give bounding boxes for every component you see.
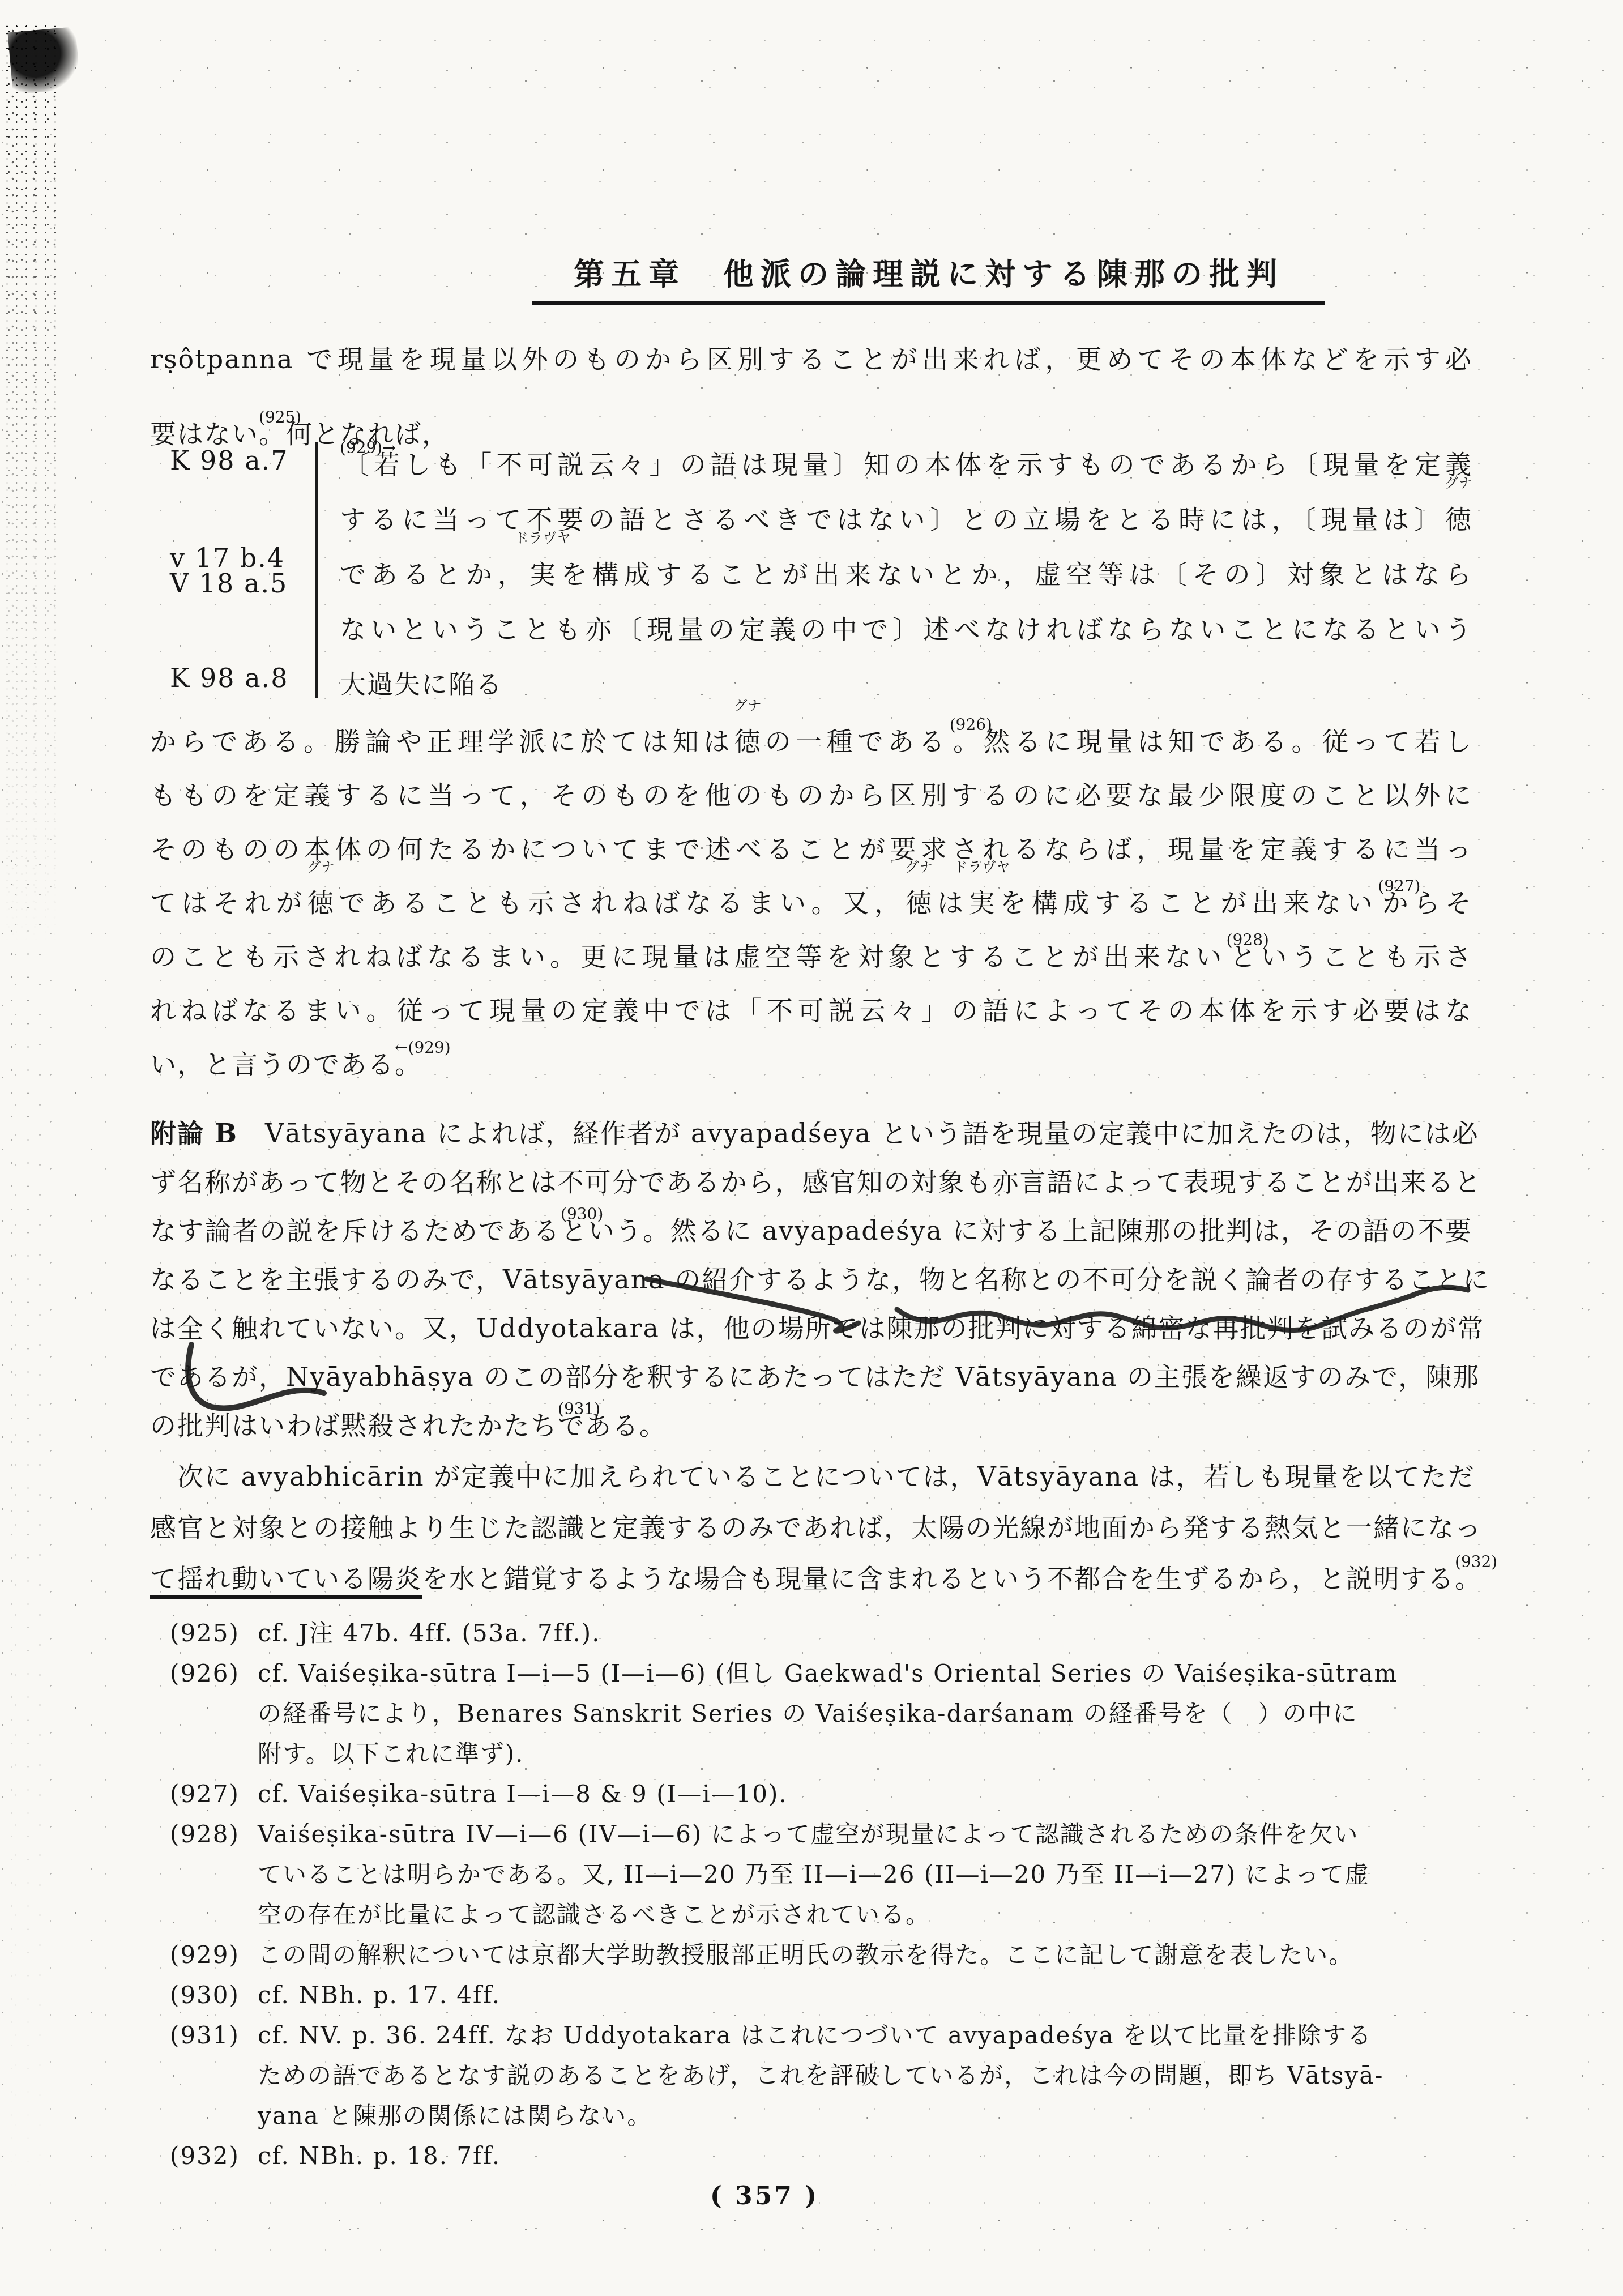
margin-label-k98a8: K 98 a.8 (170, 663, 288, 693)
footnote: (932)cf. NBh. p. 18. 7ff. (170, 2136, 1489, 2176)
footnote-number: (932) (170, 2136, 258, 2176)
text-run: rṣôtpanna で現量を現量以外のものから区別することが出来れば，更めてその… (150, 344, 1472, 374)
text-line: なることを主張するのみで，Vātsyāyana の紹介するような，物と名称との不… (150, 1255, 1472, 1304)
footnote-line: ていることは明らかである。又, II—i—20 乃至 II—i—26 (II—i… (258, 1854, 1489, 1894)
paragraph-avyabhicarin: 次に avyabhicārin が定義中に加えられていることについては，Vāts… (150, 1451, 1472, 1604)
text-line: てはそれが徳グナであることも示されねばなるまい。又，徳グナは実ドラヴヤを構成する… (150, 876, 1472, 930)
ruby-base: 実 (969, 887, 996, 918)
footnote: (928)Vaiśeṣika-sūtra IV—i—6 (IV—i—6) によっ… (170, 1814, 1489, 1935)
ruby-term: 実ドラヴヤ (529, 547, 557, 602)
paragraph-appendix-b: 附論 B Vātsyāyana によれば，経作者が avyapadśeya とい… (150, 1109, 1472, 1450)
footnote-line: cf. Vaiśeṣika-sūtra I—i—8 & 9 (I—i—10). (258, 1774, 1489, 1814)
text-run: てはそれが (150, 887, 307, 918)
footnote-line: ための語であるとなす説のあることをあげ，これを評破しているが，これは今の問題，即… (258, 2055, 1489, 2096)
scan-gutter-noise-band-lower (3, 850, 43, 2209)
text-run: するに当って不要の語とさるべきではない〕との立場をとる時には，〔現量は〕 (340, 504, 1445, 535)
text-run: の一種である (761, 726, 949, 757)
chapter-heading: 第五章 他派の論理説に対する陳那の批判 (532, 250, 1325, 305)
ruby-term: 徳グナ (906, 876, 933, 930)
text-line: ないということも亦〔現量の定義の中で〕述べなければならないことになるという (340, 602, 1472, 657)
text-run: からである。勝論や正理学派に於ては知は (150, 726, 734, 757)
ruby-base: 徳 (307, 887, 335, 918)
text-run: のことも示されねばなるまい。更に現量は虚空等を対象とすることが出来ない (150, 941, 1227, 972)
text-line: (929)→〔若しも「不可説云々」の語は現量〕知の本体を示すものであるから〔現量… (340, 437, 1472, 492)
footnote-body: cf. NV. p. 36. 24ff. なお Uddyotakara はこれに… (258, 2015, 1489, 2136)
text-line: い，と言うのである←(929)。 (150, 1038, 1472, 1091)
footnote-line: cf. Vaiśeṣika-sūtra I—i—5 (I—i—6) (但し Ga… (258, 1653, 1489, 1693)
footnote-line: この間の解釈については京都大学助教授服部正明氏の教示を得た。ここに記して謝意を表… (258, 1935, 1489, 1975)
text-line: の批判はいわば黙殺されたかたち(931)である。 (150, 1401, 1472, 1450)
text-run: は全く触れていない。又，Uddyotakara は，他の場所では陳那の批判に対す… (150, 1313, 1485, 1343)
ruby-gloss: グナ (1445, 476, 1473, 490)
text-run: ないということも亦〔現量の定義の中で〕述べなければならないことになるという (340, 614, 1472, 645)
footnote-number: (930) (170, 1975, 258, 2015)
ruby-gloss: グナ (733, 699, 762, 712)
scanned-book-page: 第五章 他派の論理説に対する陳那の批判 rṣôtpanna で現量を現量以外のも… (0, 0, 1623, 2296)
text-line: からである。勝論や正理学派に於ては知は徳グナの一種である(926)。然るに現量は… (150, 715, 1472, 769)
scan-gutter-blob-artifact (7, 27, 80, 95)
text-run: て揺れ動いている陽炎を水と錯覚するような場合も現量に含まれるという不都合を生ずる… (150, 1563, 1455, 1594)
footnote-number: (928) (170, 1814, 258, 1854)
text-run: 要はない (150, 419, 259, 449)
footnote: (930)cf. NBh. p. 17. 4ff. (170, 1975, 1489, 2015)
text-line: 附論 B Vātsyāyana によれば，経作者が avyapadśeya とい… (150, 1109, 1472, 1158)
margin-label-v18a5: V 18 a.5 (170, 568, 288, 599)
ruby-term: 実ドラヴヤ (969, 876, 996, 930)
text-run: なることを主張するのみで，Vātsyāyana の紹介するような，物と名称との不… (150, 1264, 1490, 1295)
ruby-base: 徳 (734, 726, 761, 757)
footnote-line: cf. J注 47b. 4ff. (53a. 7ff.). (258, 1613, 1489, 1653)
text-line: れねばなるまい。従って現量の定義中では「不可説云々」の語によってその本体を示す必… (150, 984, 1472, 1038)
text-line: するに当って不要の語とさるべきではない〕との立場をとる時には，〔現量は〕徳グナ (340, 492, 1472, 547)
quote-vertical-rule (315, 442, 318, 698)
footnote-body: cf. Vaiśeṣika-sūtra I—i—5 (I—i—6) (但し Ga… (258, 1653, 1489, 1774)
footnote-number: (926) (170, 1653, 258, 1693)
appendix-label: 附論 B (150, 1118, 238, 1149)
ruby-base: 徳 (1445, 504, 1472, 535)
footnote-separator-rule (150, 1595, 422, 1599)
footnote-line: の経番号により，Benares Sanskrit Series の Vaiśeṣ… (258, 1693, 1489, 1734)
ruby-base: 実 (529, 559, 557, 590)
text-line: 大過失に陥る (340, 657, 1472, 712)
text-run: を構成することが出来ないとか，虚空等は〔その〕対象とはなら (557, 559, 1472, 590)
paragraph-commentary: からである。勝論や正理学派に於ては知は徳グナの一種である(926)。然るに現量は… (150, 715, 1472, 1091)
footnote: (925)cf. J注 47b. 4ff. (53a. 7ff.). (170, 1613, 1489, 1653)
text-run: Vātsyāyana によれば，経作者が avyapadśeya という語を現量… (238, 1118, 1479, 1149)
text-run: は (933, 887, 968, 918)
footnote-line: yana と陳那の関係には関らない。 (258, 2096, 1489, 2136)
text-run: れねばなるまい。従って現量の定義中では「不可説云々」の語によってその本体を示す必… (150, 995, 1472, 1026)
quote-block: (929)→〔若しも「不可説云々」の語は現量〕知の本体を示すものであるから〔現量… (340, 437, 1472, 712)
ruby-gloss: グナ (307, 860, 335, 874)
footnote-line: cf. NBh. p. 18. 7ff. (258, 2136, 1489, 2176)
footnote-body: この間の解釈については京都大学助教授服部正明氏の教示を得た。ここに記して謝意を表… (258, 1935, 1489, 1975)
text-run: 〔若しも「不可説云々」の語は現量〕知の本体を示すものであるから〔現量を定義 (340, 449, 1472, 480)
footnote-line: 附す。以下これに準ず). (258, 1734, 1489, 1774)
text-line: であるが，Nyāyabhāṣya のこの部分を釈するにあたってはただ Vātsy… (150, 1352, 1472, 1401)
footnote-body: cf. J注 47b. 4ff. (53a. 7ff.). (258, 1613, 1489, 1653)
footnote: (926)cf. Vaiśeṣika-sūtra I—i—5 (I—i—6) (… (170, 1653, 1489, 1774)
footnote-number: (931) (170, 2015, 258, 2055)
ruby-base: 徳 (906, 887, 933, 918)
text-run: という。然るに avyapadeśya に対する上記陳那の批判は，その語の不要 (561, 1215, 1472, 1246)
text-line: は全く触れていない。又，Uddyotakara は，他の場所では陳那の批判に対す… (150, 1304, 1472, 1352)
text-run: そのものの本体の何たるかについてまで述べることが要求されるならば，現量を定義する… (150, 834, 1472, 864)
text-line: そのものの本体の何たるかについてまで述べることが要求されるならば，現量を定義する… (150, 822, 1472, 876)
text-line: rṣôtpanna で現量を現量以外のものから区別することが出来れば，更めてその… (150, 322, 1472, 396)
text-run: の批判はいわば黙殺されたかたち (150, 1410, 558, 1441)
margin-label-k98a7: K 98 a.7 (170, 445, 288, 476)
footnote-number: (929) (170, 1935, 258, 1975)
text-run: であるが，Nyāyabhāṣya のこの部分を釈するにあたってはただ Vātsy… (150, 1362, 1480, 1392)
footnote: (929)この間の解釈については京都大学助教授服部正明氏の教示を得た。ここに記し… (170, 1935, 1489, 1975)
scan-gutter-noise-band (2, 23, 57, 985)
footnote-line: cf. NBh. p. 17. 4ff. (258, 1975, 1489, 2015)
footnote-line: cf. NV. p. 36. 24ff. なお Uddyotakara はこれに… (258, 2015, 1489, 2055)
text-run: もものを定義するに当って，そのものを他のものから区別するのに必要な最少限度のこと… (150, 780, 1472, 810)
footnote: (931)cf. NV. p. 36. 24ff. なお Uddyotakara… (170, 2015, 1489, 2136)
ruby-term: 徳グナ (1445, 492, 1472, 547)
text-line: ず名称があって物とその名称とは不可分であるから，感官知の対象も亦言語によって表現… (150, 1158, 1472, 1206)
footnote-body: cf. NBh. p. 17. 4ff. (258, 1975, 1489, 2015)
ruby-gloss: グナ (905, 860, 933, 874)
text-run: 次に avyabhicārin が定義中に加えられていることについては，Vāts… (150, 1461, 1475, 1492)
footnote-body: cf. NBh. p. 18. 7ff. (258, 2136, 1489, 2176)
text-run: 大過失に陥る (340, 669, 503, 699)
text-run: 。然るに現量は知である。従って若し (950, 726, 1472, 757)
text-line: もものを定義するに当って，そのものを他のものから区別するのに必要な最少限度のこと… (150, 769, 1472, 822)
footnote-number: (925) (170, 1613, 258, 1653)
text-line: のことも示されねばなるまい。更に現量は虚空等を対象とすることが出来ない(928)… (150, 930, 1472, 984)
footnote-number: (927) (170, 1774, 258, 1814)
footnote: (927)cf. Vaiśeṣika-sūtra I—i—8 & 9 (I—i—… (170, 1774, 1489, 1814)
footnote-line: 空の存在が比量によって認識さるべきことが示されている。 (258, 1894, 1489, 1935)
text-run: を構成することが出来ない (996, 887, 1378, 918)
page-number: ( 357 ) (0, 2182, 1529, 2210)
text-run: ず名称があって物とその名称とは不可分であるから，感官知の対象も亦言語によって表現… (150, 1167, 1482, 1197)
text-line: 感官と対象との接触より生じた認識と定義するのみであれば，太陽の光線が地面から発す… (150, 1502, 1472, 1553)
text-run: であるとか， (340, 559, 529, 590)
ruby-gloss: ドラヴヤ (954, 860, 1011, 874)
footnote-body: Vaiśeṣika-sūtra IV—i—6 (IV—i—6) によって虚空が現… (258, 1814, 1489, 1935)
text-line: 次に avyabhicārin が定義中に加えられていることについては，Vāts… (150, 1451, 1472, 1502)
text-run: い，と言うのである (150, 1049, 395, 1079)
text-run: 感官と対象との接触より生じた認識と定義するのみであれば，太陽の光線が地面から発す… (150, 1512, 1482, 1543)
ruby-term: 徳グナ (307, 876, 335, 930)
text-line: であるとか，実ドラヴヤを構成することが出来ないとか，虚空等は〔その〕対象とはなら (340, 547, 1472, 602)
footnotes-section: (925)cf. J注 47b. 4ff. (53a. 7ff.).(926)c… (170, 1613, 1489, 2176)
footnote-body: cf. Vaiśeṣika-sūtra I—i—8 & 9 (I—i—10). (258, 1774, 1489, 1814)
text-run: であることも示されねばなるまい。又， (335, 887, 906, 918)
text-line: なす論者の説を斥けるためである(930)という。然るに avyapadeśya … (150, 1206, 1472, 1255)
ruby-term: 徳グナ (734, 715, 761, 769)
footnote-line: Vaiśeṣika-sūtra IV—i—6 (IV—i—6) によって虚空が現… (258, 1814, 1489, 1854)
text-run: なす論者の説を斥けるためである (150, 1215, 561, 1246)
ruby-gloss: ドラヴヤ (515, 531, 571, 545)
